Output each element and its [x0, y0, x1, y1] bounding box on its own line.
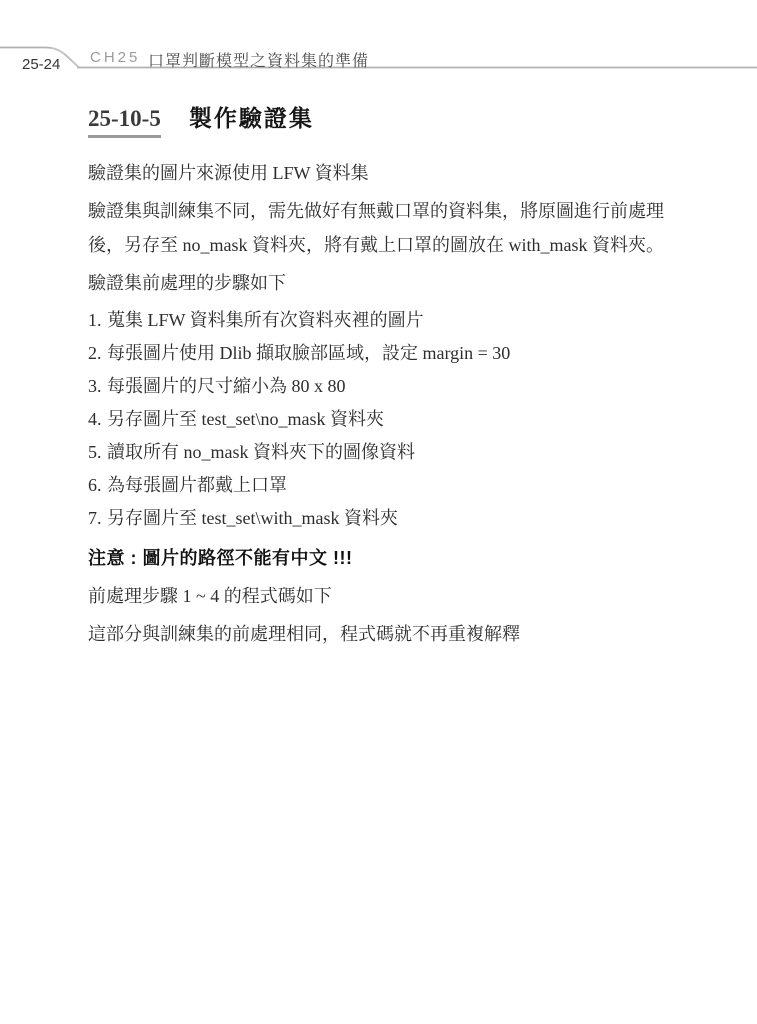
- step-number: 7.: [88, 502, 107, 535]
- header-rule-decoration: [0, 0, 757, 80]
- step-number: 2.: [88, 337, 107, 370]
- paragraph-dataset-description: 驗證集與訓練集不同，需先做好有無戴口罩的資料集，將原圖進行前處理後，另存至 no…: [88, 194, 680, 262]
- page-number: 25-24: [22, 56, 60, 73]
- paragraph-code-intro: 前處理步驟 1 ~ 4 的程式碼如下: [88, 579, 680, 613]
- book-page: 25-24 CH25 口罩判斷模型之資料集的準備 25-10-5 製作驗證集 驗…: [0, 0, 757, 1024]
- list-item: 6. 為每張圖片都戴上口罩: [88, 469, 680, 502]
- chapter-title: 口罩判斷模型之資料集的準備: [148, 48, 369, 71]
- step-text: 蒐集 LFW 資料集所有次資料夾裡的圖片: [107, 304, 680, 337]
- step-text: 讀取所有 no_mask 資料夾下的圖像資料: [107, 436, 680, 469]
- section-title: 製作驗證集: [189, 100, 314, 133]
- chapter-code: CH25: [90, 49, 140, 66]
- step-number: 3.: [88, 370, 107, 403]
- step-number: 5.: [88, 436, 107, 469]
- step-text: 另存圖片至 test_set\with_mask 資料夾: [107, 502, 680, 535]
- preprocessing-steps-list: 1. 蒐集 LFW 資料集所有次資料夾裡的圖片 2. 每張圖片使用 Dlib 擷…: [88, 304, 680, 535]
- list-item: 2. 每張圖片使用 Dlib 擷取臉部區域，設定 margin = 30: [88, 337, 680, 370]
- list-item: 7. 另存圖片至 test_set\with_mask 資料夾: [88, 502, 680, 535]
- step-number: 1.: [88, 304, 107, 337]
- page-content: 25-10-5 製作驗證集 驗證集的圖片來源使用 LFW 資料集 驗證集與訓練集…: [88, 100, 680, 655]
- step-text: 為每張圖片都戴上口罩: [107, 469, 680, 502]
- paragraph-intro: 驗證集的圖片來源使用 LFW 資料集: [88, 156, 680, 190]
- step-text: 另存圖片至 test_set\no_mask 資料夾: [107, 403, 680, 436]
- list-item: 3. 每張圖片的尺寸縮小為 80 x 80: [88, 370, 680, 403]
- list-item: 4. 另存圖片至 test_set\no_mask 資料夾: [88, 403, 680, 436]
- section-number: 25-10-5: [88, 106, 161, 138]
- list-item: 1. 蒐集 LFW 資料集所有次資料夾裡的圖片: [88, 304, 680, 337]
- step-number: 6.: [88, 469, 107, 502]
- step-text: 每張圖片的尺寸縮小為 80 x 80: [107, 370, 680, 403]
- list-item: 5. 讀取所有 no_mask 資料夾下的圖像資料: [88, 436, 680, 469]
- warning-note: 注意 : 圖片的路徑不能有中文 !!!: [88, 541, 680, 575]
- step-text: 每張圖片使用 Dlib 擷取臉部區域，設定 margin = 30: [107, 337, 680, 370]
- paragraph-steps-intro: 驗證集前處理的步驟如下: [88, 266, 680, 300]
- step-number: 4.: [88, 403, 107, 436]
- paragraph-closing: 這部分與訓練集的前處理相同，程式碼就不再重複解釋: [88, 617, 680, 651]
- section-heading: 25-10-5 製作驗證集: [88, 100, 680, 138]
